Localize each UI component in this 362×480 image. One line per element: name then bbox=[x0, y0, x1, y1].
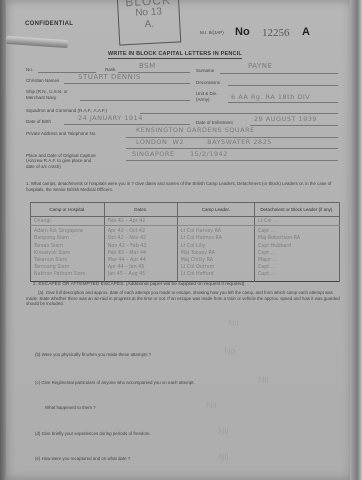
enlistment-label: Date of Enlistment bbox=[196, 120, 233, 126]
camps-table: Camp or Hospital. Dates. Camp Leader. De… bbox=[30, 202, 340, 282]
col-camp: Camp or Hospital. bbox=[31, 203, 105, 217]
section-2c-answer: Nil bbox=[258, 375, 269, 385]
pow-questionnaire-page: BLOCK No 13 A. CONFIDENTIAL M.I. 9/(JAP)… bbox=[6, 0, 352, 480]
no-label: No. bbox=[26, 67, 33, 73]
section-2e-question: (e) How were you recaptured and on what … bbox=[35, 456, 130, 461]
enlistment-line bbox=[250, 125, 338, 126]
squadron-line bbox=[140, 113, 338, 114]
surname-label: Surname bbox=[196, 68, 214, 74]
decorations-line bbox=[228, 85, 338, 86]
address-line-1: KENSINGTON GARDENS SQUARE bbox=[136, 126, 255, 134]
enlistment-value: 29 AUGUST 1939 bbox=[254, 115, 317, 123]
capture-value: SINGAPORE 15/2/1942 bbox=[132, 150, 228, 158]
unit-label: Unit & Div. (Army) bbox=[196, 91, 226, 102]
dob-label: Date of Birth bbox=[26, 119, 51, 125]
capture-sublabel: (Aircrew R.A.F. to give place and date o… bbox=[26, 158, 96, 169]
ship-label: Ship (R.N., U.S.N. or Merchant Navy bbox=[26, 89, 86, 100]
ship-line bbox=[80, 100, 190, 101]
block-stamp: BLOCK No 13 A. bbox=[117, 0, 182, 46]
section-2b-answer: No bbox=[224, 346, 236, 356]
cell: Lt Col Harvey RA Lt Col Holmes RA Lt Col… bbox=[177, 226, 254, 282]
cell: Adam Rd, Singapore Banpong Siam Tarsao S… bbox=[31, 226, 105, 282]
section-2e-answer: Nil bbox=[218, 452, 229, 462]
number-label: No bbox=[235, 26, 250, 38]
classification-mark: CONFIDENTIAL bbox=[25, 21, 73, 27]
cell bbox=[177, 217, 254, 226]
form-number-suffix: A bbox=[302, 26, 310, 38]
address-line-2: LONDON W2 BAYSWATER 2825 bbox=[136, 138, 272, 146]
section-2-title: 2. ESCAPES OR ATTEMPTED ESCAPES. (Additi… bbox=[33, 282, 246, 288]
form-heading: WRITE IN BLOCK CAPITAL LETTERS IN PENCIL bbox=[108, 51, 242, 59]
christian-names-line bbox=[64, 83, 190, 84]
photo-right-edge bbox=[350, 0, 362, 480]
stamp-line-3: A. bbox=[119, 17, 180, 32]
capture-line bbox=[126, 160, 338, 161]
table-row: Changi Feb 42 – Apr 42 Lt Col ... bbox=[31, 217, 340, 226]
address-label: Private Address and Telephone No. bbox=[26, 131, 96, 137]
surname-value: PAYNE bbox=[248, 62, 272, 70]
section-2c-followup: What happened to them ? bbox=[45, 405, 96, 410]
christian-names-label: Christian Names bbox=[26, 78, 59, 84]
squadron-label: Squadron and Command (R.A.F., A.A.F.) bbox=[26, 108, 107, 114]
dob-line bbox=[64, 124, 190, 125]
christian-names-value: STUART DENNIS bbox=[78, 73, 141, 81]
surname-line bbox=[220, 73, 338, 74]
cell: Apr 42 – Oct 42 Oct 42 – Nov 42 Nov 42 –… bbox=[104, 226, 177, 282]
section-2c-question: (c) Give Regimental particulars of anyon… bbox=[35, 380, 195, 385]
cell: Lt Col ... bbox=[254, 217, 339, 226]
cell: Changi bbox=[31, 217, 105, 226]
section-2d-answer: Nil bbox=[218, 426, 229, 436]
cell: Feb 42 – Apr 42 bbox=[104, 217, 177, 226]
cell: Capt ... Maj Robertson RA Capt Hubbard C… bbox=[254, 226, 339, 282]
decorations-label: Decorations bbox=[196, 80, 220, 86]
form-code: M.I. 9/(JAP) bbox=[200, 30, 224, 35]
table-row: Adam Rd, Singapore Banpong Siam Tarsao S… bbox=[31, 226, 340, 282]
classification-text: CONFIDENTIAL bbox=[25, 21, 73, 27]
section-2b-question: (b) Were you physically fit when you mad… bbox=[35, 352, 151, 357]
paper-clip bbox=[6, 36, 68, 48]
unit-value: 6 AA Rg. RA 18th DIV bbox=[231, 93, 310, 101]
section-2d-question: (d) Give briefly your experiences during… bbox=[35, 431, 151, 436]
dob-value: 24 JANUARY 1914 bbox=[78, 114, 143, 122]
col-detachment-leader: Detachment or Block Leader (if any). bbox=[254, 203, 339, 217]
rank-label: Rank bbox=[105, 67, 116, 73]
section-2c-followup-answer: Nil bbox=[206, 400, 217, 410]
section-2a-answer: Nil bbox=[228, 318, 239, 328]
address-line-2-rule bbox=[126, 148, 338, 149]
unit-line bbox=[228, 102, 338, 103]
section-1-question: 1. What camps, detachments or hospitals … bbox=[26, 181, 342, 192]
rank-value: BSM bbox=[139, 62, 156, 70]
form-number: 12256 bbox=[262, 27, 290, 39]
col-dates: Dates. bbox=[104, 203, 177, 217]
section-2a-question: (a). Give full description and approx. d… bbox=[26, 290, 342, 307]
col-camp-leader: Camp Leader. bbox=[177, 203, 254, 217]
